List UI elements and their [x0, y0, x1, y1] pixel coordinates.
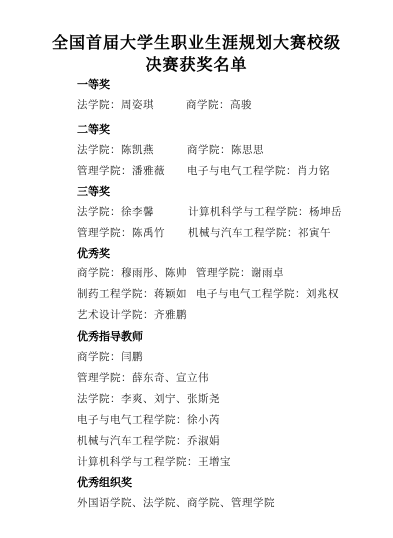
- document-title-line-1: 全国首届大学生职业生涯规划大赛校级: [0, 30, 393, 53]
- award-entry: 计算机科学与工程学院：杨坤岳: [188, 204, 342, 219]
- award-entry: 商学院：闫鹏: [77, 349, 143, 364]
- section-heading-third-prize: 三等奖: [77, 183, 110, 199]
- award-entry: 法学院：李爽、刘宁、张斯尧: [77, 391, 220, 406]
- award-entry: 商学院：高骏: [186, 97, 252, 112]
- award-entry: 管理学院：陈禹竹: [77, 225, 165, 240]
- section-heading-organization-award: 优秀组织奖: [77, 474, 132, 490]
- award-entry: 法学院：周姿琪: [77, 97, 154, 112]
- document-title-line-2: 决赛获奖名单: [0, 52, 393, 75]
- award-entry: 机械与汽车工程学院：乔淑娟: [77, 433, 220, 448]
- award-entry: 机械与汽车工程学院：祁寅午: [188, 225, 331, 240]
- section-heading-outstanding-instructor: 优秀指导教师: [77, 328, 143, 344]
- award-entry: 电子与电气工程学院：刘兆权: [196, 286, 339, 301]
- award-entry: 艺术设计学院：齐雅鹏: [77, 307, 187, 322]
- award-entry: 电子与电气工程学院：徐小芮: [77, 412, 220, 427]
- section-heading-first-prize: 一等奖: [77, 76, 110, 92]
- award-entry: 商学院：穆雨彤、陈帅: [77, 265, 187, 280]
- section-heading-merit-award: 优秀奖: [77, 245, 110, 261]
- award-entry: 管理学院：薛东奇、宣立伟: [77, 370, 209, 385]
- award-entry: 制药工程学院：蒋颖如: [77, 286, 187, 301]
- section-heading-second-prize: 二等奖: [77, 121, 110, 137]
- award-entry: 商学院：陈思思: [187, 142, 264, 157]
- award-entry: 法学院：徐李馨: [77, 204, 154, 219]
- award-entry: 法学院：陈凯燕: [77, 142, 154, 157]
- award-entry: 管理学院：谢雨卓: [196, 265, 284, 280]
- award-entry: 电子与电气工程学院：肖力铭: [187, 163, 330, 178]
- award-entry: 外国语学院、法学院、商学院、管理学院: [77, 495, 275, 510]
- award-entry: 管理学院：潘雅薇: [77, 163, 165, 178]
- award-entry: 计算机科学与工程学院：王增宝: [77, 454, 231, 469]
